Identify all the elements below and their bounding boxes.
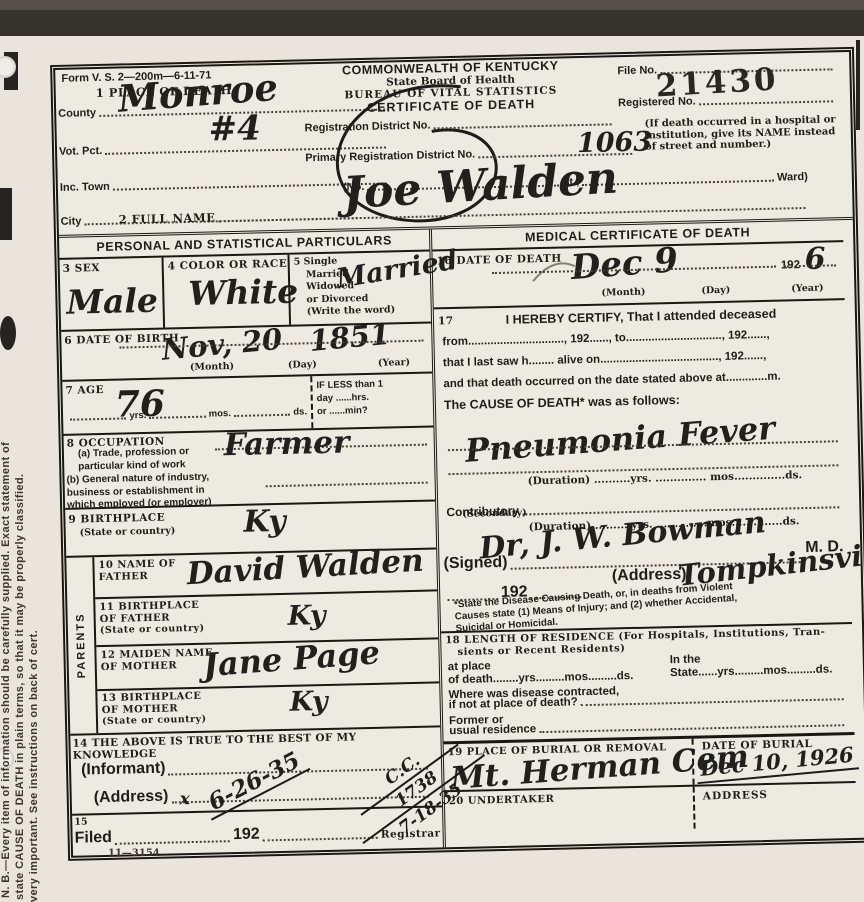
at-place-label: at place <box>448 660 491 673</box>
dod-year-handwritten: 6 <box>804 245 826 275</box>
birthplace-label: 9 BIRTHPLACE <box>68 512 165 526</box>
personal-column: PERSONAL AND STATISTICAL PARTICULARS 3 S… <box>59 229 446 855</box>
dod-row: 16 DATE OF DEATH Dec 9 192 6 (Month) (Da… <box>432 242 844 309</box>
residence-label: 18 LENGTH OF RESIDENCE (For Hospitals, I… <box>445 627 826 660</box>
vot-pct-label: Vot. Pct. <box>59 145 102 158</box>
undertaker-cell: 20 UNDERTAKER <box>445 787 694 835</box>
age-label: 7 AGE <box>65 384 104 397</box>
dotted-line <box>149 414 205 419</box>
torn-paper-edge-highlight <box>0 0 864 10</box>
occupation-handwritten: Farmer <box>223 427 349 461</box>
sex-handwritten: Male <box>66 284 158 319</box>
dotted-line <box>266 480 428 488</box>
parents-rows: 10 NAME OF FATHER David Walden 11 BIRTHP… <box>94 549 440 733</box>
usual-residence-line: usual residence <box>449 716 847 737</box>
dotted-line <box>234 412 290 417</box>
form-header: Form V. S. 2—200m—6-11-71 1 PLACE OF DEA… <box>55 52 853 238</box>
scanned-death-certificate: N. B.—Every item of information should b… <box>0 0 864 902</box>
dotted-line <box>581 696 844 706</box>
dotted-line <box>115 838 230 845</box>
secondary-label: (Secondary) <box>462 507 526 519</box>
if-less-cell: IF LESS than 1 day ......hrs. or ......m… <box>310 373 435 428</box>
registered-no-label: Registered No. <box>618 95 696 109</box>
sex-cell: 3 SEX Male <box>60 258 164 330</box>
file-no-label: File No. <box>617 64 657 77</box>
mother-name-row: 12 MAIDEN NAME OF MOTHER Jane Page <box>96 639 439 691</box>
county-label: County <box>58 107 96 120</box>
street-ward-label: Ward) <box>777 171 808 184</box>
item-15: 15 <box>74 816 87 827</box>
dod-day-label: (Day) <box>701 285 730 297</box>
if-less-label: IF LESS than 1 day ......hrs. or ......m… <box>316 378 383 418</box>
certify-row: 17 I HEREBY CERTIFY, That I attended dec… <box>434 300 852 633</box>
state-line: State......yrs.........mos.........ds. <box>670 663 833 679</box>
birthplace-sub-label: (State or country) <box>80 525 176 538</box>
dotted-line <box>70 415 126 420</box>
certify-block: I HEREBY CERTIFY, That I attended deceas… <box>442 302 842 416</box>
dob-day-label: (Day) <box>288 359 317 371</box>
dob-row: 6 DATE OF BIRTH Nov, 20 1851 (Month) (Da… <box>61 323 432 381</box>
mother-birthplace-row: 13 BIRTHPLACE OF MOTHER (State or countr… <box>97 683 440 733</box>
scan-artifact <box>856 40 860 130</box>
signed-address-label: (Address) <box>612 566 687 586</box>
informant-label: (Informant) <box>81 760 166 780</box>
burial-date-cell: DATE OF BURIAL Dec 10, 1926 <box>692 735 858 785</box>
age-units-line: yrs. mos. ds. <box>67 406 307 422</box>
registered-no-row: Registered No. <box>618 92 836 109</box>
father-birthplace-row: 11 BIRTHPLACE OF FATHER (State or countr… <box>95 591 438 647</box>
address-x-mark: x <box>180 791 191 808</box>
hospital-note: (If death occurred in a hospital or inst… <box>644 114 843 153</box>
cause-handwritten: Pneumonia Fever <box>464 412 776 467</box>
race-cell: 4 COLOR OR RACE White <box>161 255 291 328</box>
filed-192: 192 <box>233 826 260 845</box>
dod-handwritten: Dec 9 <box>570 243 680 285</box>
parents-rail: PARENTS <box>66 557 98 734</box>
dod-year-label: (Year) <box>791 283 823 295</box>
race-label: 4 COLOR OR RACE <box>168 258 288 273</box>
dob-month-label: (Month) <box>190 361 234 373</box>
undertaker-address-label: ADDRESS <box>703 789 768 802</box>
vot-pct-handwritten: #4 <box>208 111 261 146</box>
sex-label: 3 SEX <box>63 262 100 275</box>
occupation-a-label: (a) Trade, profession or particular kind… <box>78 446 190 474</box>
in-the-label: In the <box>670 653 701 666</box>
margin-note-3: very important. See instructions on back… <box>28 560 40 902</box>
medical-column: MEDICAL CERTIFICATE OF DEATH 16 DATE OF … <box>432 220 857 847</box>
informant-address-label: (Address) <box>94 788 169 808</box>
inc-town-label: Inc. Town <box>60 181 110 194</box>
undertaker-address-cell: ADDRESS <box>693 783 859 829</box>
form-print-number: 11—3154 <box>108 848 160 859</box>
margin-note-1: N. B.—Every item of information should b… <box>0 170 12 898</box>
mother-birthplace-handwritten: Ky <box>289 688 328 716</box>
margin-note-2: state CAUSE OF DEATH in plain terms, so … <box>14 330 26 900</box>
parents-section: PARENTS 10 NAME OF FATHER David Walden 1… <box>66 549 440 735</box>
filed-label: Filed <box>74 829 112 848</box>
residence-row: 18 LENGTH OF RESIDENCE (For Hospitals, I… <box>441 624 854 744</box>
full-name-label: 2 FULL NAME <box>118 210 215 226</box>
parents-label: PARENTS <box>75 613 88 679</box>
undertaker-row: 20 UNDERTAKER ADDRESS <box>445 783 857 834</box>
dob-year-label: (Year) <box>378 357 410 369</box>
dotted-line <box>539 722 844 733</box>
dotted-line <box>784 262 836 267</box>
father-birthplace-handwritten: Ky <box>287 602 326 630</box>
dod-month-label: (Month) <box>601 287 645 299</box>
city-label: City <box>61 215 82 227</box>
birthplace-handwritten: Ky <box>243 507 286 538</box>
marital-cell: 5 Single Married Widowed or Divorced (Wr… <box>287 251 433 324</box>
dotted-line <box>699 98 833 105</box>
race-handwritten: White <box>188 275 299 310</box>
occupation-row: 8 OCCUPATION (a) Trade, profession or pa… <box>64 427 436 509</box>
